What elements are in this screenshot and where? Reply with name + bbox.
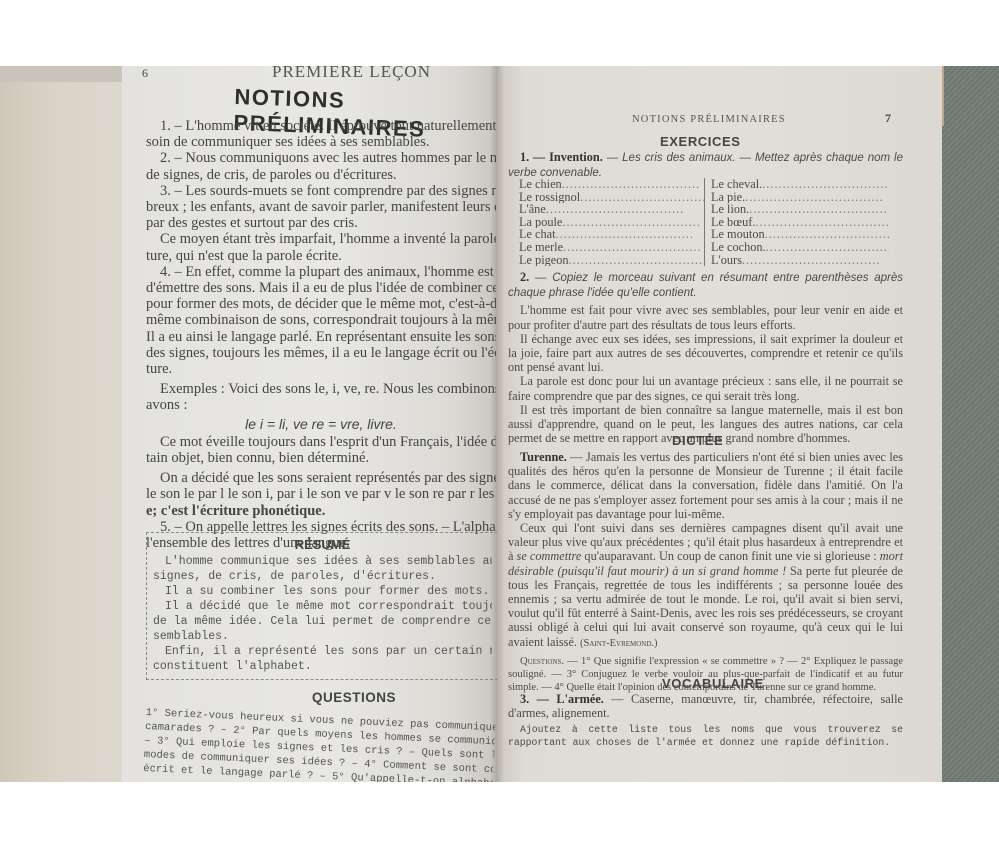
animal-name: Le chat [519,228,556,241]
page-number-right: 7 [885,111,891,126]
fill-blank: .................................. [569,254,704,267]
animal-row: Le chien................................… [519,178,704,191]
animal-name: L'âne [519,203,546,216]
paragraph: 4. – En effet, comme la plupart des anim… [146,264,496,280]
vocabulaire-title: VOCABULAIRE [662,676,764,691]
exercices-title: EXERCICES [660,134,741,149]
animal-table: Le chien................................… [519,178,899,266]
resume-line: signes, de cris, de paroles, d'écritures… [153,569,492,584]
exercise-2-label: 2. [520,270,529,284]
animal-column-left: Le chien................................… [519,178,704,266]
vocabulaire-text: 3. — L'armée. — Caserne, manœuvre, tir, … [508,692,903,749]
lesson-title: PREMIÈRE LEÇON [272,66,431,82]
fill-blank: .................................. [766,241,889,254]
fill-blank: .................................. [755,216,889,229]
paragraph: des signes, toujours les mêmes, il a eu … [146,345,496,361]
animal-name: Le cheval. [711,178,762,191]
paragraph: soin de communiquer ses idées à ses semb… [146,134,496,150]
fill-blank: .................................. [742,254,889,267]
fill-blank: .................................. [580,191,704,204]
animal-name: Le cochon. [711,241,766,254]
book-photo: 6 PREMIÈRE LEÇON NOTIONS PRÉLIMINAIRES 1… [0,66,999,782]
running-head: NOTIONS PRÉLIMINAIRES [632,114,786,125]
fill-blank: .................................. [745,191,889,204]
animal-row: La pie..................................… [711,191,889,204]
dictee-title: DICTÉE [672,433,723,448]
animal-name: Le lion. [711,203,749,216]
paragraph: 1. – L'homme vit en société. Il éprouve … [146,118,496,134]
animal-row: L'ours.................................. [711,254,889,267]
paragraph: 3. – Les sourds-muets se font comprendre… [146,183,496,199]
animal-row: Le rossignol............................… [519,191,704,204]
paragraph: breux ; les enfants, avant de savoir par… [146,199,496,215]
resume-box: RÉSUMÉ L'homme communique ses idées à se… [146,532,498,680]
fill-blank: .................................. [765,228,889,241]
animal-row: Le pigeon...............................… [519,254,704,267]
paragraph: par des gestes et surtout par des cris. [146,215,496,231]
dictee-author: (Saint-Evremond.) [580,638,657,649]
paragraph: Il a eu ainsi le langage parlé. En repré… [146,329,496,345]
resume-line: Il a su combiner les sons pour former de… [153,584,492,599]
paragraph: L'homme est fait pour vivre avec ses sem… [508,303,903,331]
exercise-2-instruction: — Copiez le morceau suivant en résumant … [508,272,903,299]
fill-blank: .................................. [762,178,889,191]
exercise-2: 2. — Copiez le morceau suivant en résuma… [508,270,903,445]
paragraph: tain objet, bien connu, bien déterminé. [146,450,496,466]
resume-line: L'homme communique ses idées à ses sembl… [153,554,492,569]
exercise-1: 1. — Invention. — Les cris des animaux. … [508,150,903,180]
paragraph: Ce mot éveille toujours dans l'esprit d'… [146,434,496,450]
resume-line: constituent l'alphabet. [153,659,492,674]
background-right-cloth [940,66,999,782]
dictee-lead: Turenne. [520,450,567,464]
resume-line: de la même idée. Cela lui permet de comp… [153,614,492,629]
lesson-body: 1. – L'homme vit en société. Il éprouve … [146,118,496,551]
paragraph: Il échange avec eux ses idées, ses impre… [508,332,903,375]
animal-row: Le merle................................… [519,241,704,254]
paragraph: même combinaison de sons, correspondrait… [146,312,496,328]
vocabulaire-instruction: Ajoutez à cette liste tous les noms que … [508,723,903,749]
animal-name: La pie. [711,191,745,204]
fill-blank: .................................. [562,216,704,229]
dictee-italic: se commettre [517,549,582,563]
resume-line: semblables. [153,629,492,644]
paragraph: ture. [146,361,496,377]
paragraph: Exemples : Voici des sons le, i, ve, re.… [146,381,496,397]
fill-blank: .................................. [563,241,704,254]
resume-line: Enfin, il a représenté les sons par un c… [153,644,492,659]
right-page: NOTIONS PRÉLIMINAIRES 7 EXERCICES 1. — I… [497,66,942,782]
animal-column-right: Le cheval...............................… [704,178,889,266]
paragraph: ture, qui n'est que la parole écrite. [146,248,496,264]
resume-line: Il a décidé que le même mot correspondra… [153,599,492,614]
animal-name: Le pigeon [519,254,569,267]
animal-row: Le bœuf.................................… [711,216,889,229]
left-page: 6 PREMIÈRE LEÇON NOTIONS PRÉLIMINAIRES 1… [122,66,498,782]
fill-blank: .................................. [562,178,704,191]
page-number-left: 6 [142,66,148,81]
resume-title: RÉSUMÉ [153,537,492,552]
animal-name: Le chien [519,178,562,191]
animal-name: L'ours [711,254,742,267]
fill-blank: .................................. [749,203,889,216]
paragraph: de signes, de cris, de paroles ou d'écri… [146,167,496,183]
animal-name: Le merle [519,241,563,254]
animal-name: Le rossignol [519,191,580,204]
animal-row: Le cochon...............................… [711,241,889,254]
animal-name: Le mouton [711,228,765,241]
paragraph: e; c'est l'écriture phonétique. [146,503,496,519]
book-edge [0,66,125,82]
questions-title: QUESTIONS [312,690,396,705]
fill-blank: .................................. [556,228,704,241]
dictee-text-segment: qu'auparavant. Un coup de canon finit un… [581,549,879,563]
vocabulaire-label: 3. — L'armée. [520,692,604,706]
paragraph: le son le par l le son i, par i le son v… [146,486,496,502]
paragraph: On a décidé que les sons seraient représ… [146,470,496,486]
animal-row: Le chat.................................… [519,228,704,241]
paragraph: pour former des mots, de décider que le … [146,296,496,312]
animal-name: Le bœuf. [711,216,755,229]
background-left [0,66,125,782]
fill-blank: .................................. [546,203,704,216]
questions-label: Questions. [520,656,564,667]
animal-name: La poule [519,216,562,229]
questions-body: 1° Seriez-vous heureux si vous ne pouvie… [143,706,496,782]
example-formula: le i = li, ve re = vre, livre. [146,416,496,432]
animal-row: La poule................................… [519,216,704,229]
exercise-1-label: 1. — Invention. [520,150,603,164]
animal-row: Le lion.................................… [711,203,889,216]
animal-row: Le cheval...............................… [711,178,889,191]
animal-row: L'âne.................................. [519,203,704,216]
paragraph: Ce moyen étant très imparfait, l'homme a… [146,231,496,247]
dictee-paragraph: — Jamais les vertus des particuliers n'o… [508,450,903,521]
animal-row: Le mouton...............................… [711,228,889,241]
paragraph: d'émettre des sons. Mais il a eu de plus… [146,280,496,296]
book-gutter [490,66,504,782]
paragraph: 2. – Nous communiquons avec les autres h… [146,150,496,166]
paragraph: La parole est donc pour lui un avantage … [508,374,903,402]
dictee-text: Turenne. — Jamais les vertus des particu… [508,450,903,694]
paragraph: avons : [146,397,496,413]
